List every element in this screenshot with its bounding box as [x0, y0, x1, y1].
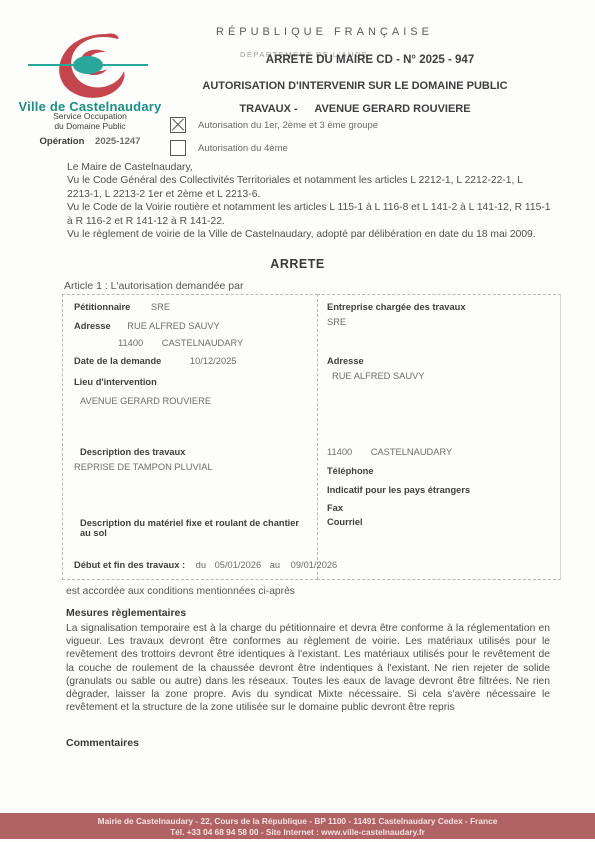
article-1-line: Article 1 : L'autorisation demandée par [64, 280, 243, 292]
description-materiel-label: Description du matériel fixe et roulant … [80, 518, 310, 538]
commentaires-heading: Commentaires [66, 737, 139, 749]
entreprise-label: Entreprise chargée des travaux [327, 302, 466, 312]
footer-address: Mairie de Castelnaudary - 22, Cours de l… [98, 816, 498, 826]
code-postal: 11400 [118, 338, 143, 348]
entreprise-adresse-value: RUE ALFRED SAUVY [332, 371, 424, 381]
lieu-intervention-label: Lieu d'intervention [74, 377, 157, 387]
arrete-number-title: ARRETE DU MAIRE CD - N° 2025 - 947 [180, 54, 560, 66]
debut-fin-row: Début et fin des travaux : du 05/01/2026… [74, 560, 337, 570]
au-label: au [270, 560, 280, 570]
petitionnaire-row: Pétitionnaire SRE [74, 302, 170, 312]
footer-band: Mairie de Castelnaudary - 22, Cours de l… [0, 813, 595, 839]
castelnaudary-logo-icon [28, 30, 148, 102]
cp-ville-row: 11400 CASTELNAUDARY [118, 338, 243, 348]
petitionnaire-value: SRE [151, 302, 170, 312]
date-debut: 05/01/2026 [215, 560, 262, 570]
adresse-row: Adresse RUE ALFRED SAUVY [74, 321, 220, 331]
entreprise-value: SRE [327, 317, 346, 327]
debut-fin-label: Début et fin des travaux : [74, 560, 185, 570]
footer-contact: Tél. +33 04 68 94 58 00 - Site Internet … [170, 827, 425, 837]
logo-service-line2: du Domaine Public [54, 121, 125, 131]
empty-checkbox-icon [170, 140, 186, 156]
date-demande-row: Date de la demande 10/12/2025 [74, 356, 236, 366]
entreprise-adresse-label: Adresse [327, 356, 364, 366]
date-demande-value: 10/12/2025 [190, 356, 237, 366]
description-travaux-label: Description des travaux [80, 447, 185, 457]
adresse-value: RUE ALFRED SAUVY [127, 321, 219, 331]
logo-service-name: Service Occupation du Domaine Public [10, 111, 170, 131]
description-travaux-value: REPRISE DE TAMPON PLUVIAL [74, 462, 213, 472]
mesures-body: La signalisation temporaire est à la cha… [66, 622, 550, 714]
entreprise-cp-ville-row: 11400 CASTELNAUDARY [327, 447, 452, 457]
checked-checkbox-icon [170, 117, 186, 133]
telephone-label: Téléphone [327, 466, 374, 476]
indicatif-label: Indicatif pour les pays étrangers [327, 485, 470, 495]
arrete-heading: ARRETE [0, 257, 595, 271]
adresse-label: Adresse [74, 321, 111, 331]
entreprise-box [317, 294, 561, 580]
preamble-block: Le Maire de Castelnaudary, Vu le Code Gé… [67, 161, 551, 241]
petitionnaire-label: Pétitionnaire [74, 302, 130, 312]
ville: CASTELNAUDARY [162, 338, 243, 348]
checkbox-label: Autorisation du 1er, 2ème et 3 ème group… [198, 120, 378, 131]
travaux-location: AVENUE GERARD ROUVIERE [314, 103, 470, 115]
preamble-vu-cgct: Vu le Code Général des Collectivités Ter… [67, 174, 551, 201]
granted-conditions-line: est accordée aux conditions mentionnées … [66, 586, 295, 597]
operation-number: Opération 2025-1247 [10, 136, 170, 147]
travaux-label: TRAVAUX - [239, 103, 297, 115]
operation-label: Opération [40, 136, 85, 147]
document-page: Ville de Castelnaudary Service Occupatio… [0, 0, 595, 842]
entreprise-ville: CASTELNAUDARY [371, 447, 452, 457]
preamble-vu-reglement: Vu le règlement de voirie de la Ville de… [67, 228, 551, 241]
preamble-maire: Le Maire de Castelnaudary, [67, 161, 551, 174]
checkbox-groupe-4: Autorisation du 4ème [170, 140, 288, 156]
courriel-label: Courriel [327, 517, 363, 527]
fax-label: Fax [327, 503, 343, 513]
autorisation-subtitle: AUTORISATION D'INTERVENIR SUR LE DOMAINE… [155, 80, 555, 92]
date-demande-label: Date de la demande [74, 356, 161, 366]
du-label: du [196, 560, 206, 570]
entreprise-code-postal: 11400 [327, 447, 352, 457]
logo-service-line1: Service Occupation [53, 111, 127, 121]
preamble-vu-voirie: Vu le Code de la Voirie routière et nota… [67, 201, 551, 228]
checkbox-groupe-1-2-3: Autorisation du 1er, 2ème et 3 ème group… [170, 117, 378, 133]
travaux-line: TRAVAUX - AVENUE GERARD ROUVIERE [155, 103, 555, 115]
republique-francaise-heading: RÉPUBLIQUE FRANÇAISE [216, 26, 433, 38]
operation-value: 2025-1247 [95, 136, 140, 147]
mesures-heading: Mesures règlementaires [66, 607, 186, 619]
lieu-intervention-value: AVENUE GERARD ROUVIERE [80, 396, 211, 406]
checkbox-label: Autorisation du 4ème [198, 143, 288, 154]
